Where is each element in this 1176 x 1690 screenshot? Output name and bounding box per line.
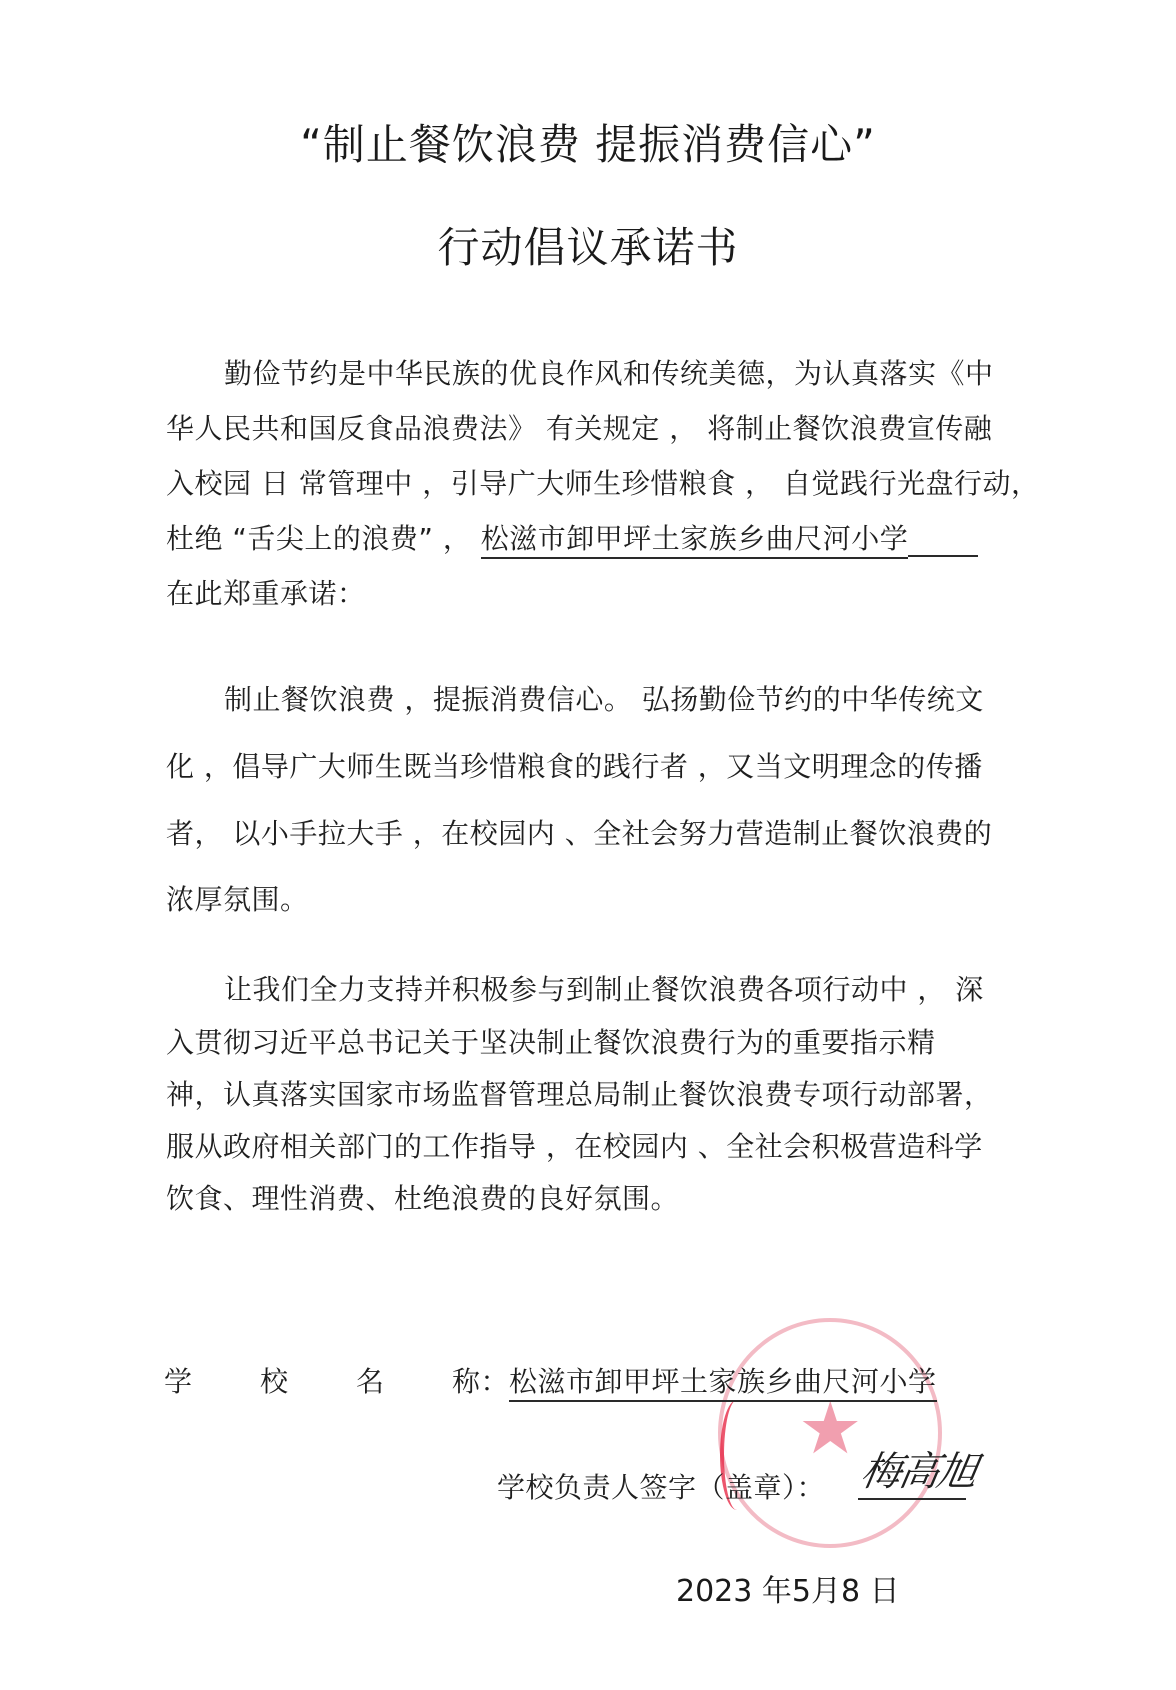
document-date: 2023 年5月8 日 xyxy=(676,1566,900,1610)
seal-star-icon: ★ xyxy=(798,1392,863,1464)
paragraph-line: 制止餐饮浪费 ，提振消费信心。 弘扬勤俭节约的中华传统文 xyxy=(224,678,984,718)
paragraph-line: 入校园 日 常管理中 ，引导广大师生珍惜粮食 ， 自觉践行光盘行动， xyxy=(166,462,1040,502)
paragraph-line: 华人民共和国反食品浪费法》 有关规定 ， 将制止餐饮浪费宣传融 xyxy=(166,407,992,447)
commitment-letter-page: “制止餐饮浪费 提振消费信心” 行动倡议承诺书 勤俭节约是中华民族的优良作风和传… xyxy=(0,0,1176,1690)
school-name-value: 松滋市卸甲坪土家族乡曲尺河小学 xyxy=(509,1365,937,1402)
label-char: 称： xyxy=(452,1365,509,1398)
document-subtitle: 行动倡议承诺书 xyxy=(0,215,1176,275)
school-name-row: 学校名称：松滋市卸甲坪土家族乡曲尺河小学 xyxy=(164,1360,937,1400)
paragraph-line: 浓厚氛围。 xyxy=(166,878,309,918)
signer-label: 学校负责人签字（盖章）： xyxy=(497,1466,825,1506)
paragraph-line-text: 杜绝 “舌尖上的浪费” ， xyxy=(166,522,481,555)
label-char: 学 xyxy=(164,1360,260,1400)
school-name-fill-in: 松滋市卸甲坪土家族乡曲尺河小学 xyxy=(481,522,909,559)
fill-in-underline xyxy=(908,525,978,557)
paragraph-line: 入贯彻习近平总书记关于坚决制止餐饮浪费行为的重要指示精 xyxy=(166,1021,936,1061)
paragraph-line: 者， 以小手拉大手 ，在校园内 、全社会努力营造制止餐饮浪费的 xyxy=(166,812,992,852)
paragraph-line: 神，认真落实国家市场监督管理总局制止餐饮浪费专项行动部署， xyxy=(166,1073,993,1113)
paragraph-line: 化 ，倡导广大师生既当珍惜粮食的践行者 ，又当文明理念的传播 xyxy=(166,745,983,785)
label-char: 名 xyxy=(356,1360,452,1400)
paragraph-line: 服从政府相关部门的工作指导 ，在校园内 、全社会积极营造科学 xyxy=(166,1125,983,1165)
paragraph-line: 饮食、理性消费、杜绝浪费的良好氛围。 xyxy=(166,1177,679,1217)
paragraph-line: 勤俭节约是中华民族的优良作风和传统美德，为认真落实《中 xyxy=(224,352,994,392)
signature-underline xyxy=(858,1498,966,1500)
document-title: “制止餐饮浪费 提振消费信心” xyxy=(0,112,1176,172)
label-char: 校 xyxy=(260,1360,356,1400)
paragraph-line: 让我们全力支持并积极参与到制止餐饮浪费各项行动中 ， 深 xyxy=(224,968,984,1008)
handwritten-signature: 梅高旭 xyxy=(857,1440,981,1497)
paragraph-line: 在此郑重承诺： xyxy=(166,572,366,612)
paragraph-line: 杜绝 “舌尖上的浪费” ， 松滋市卸甲坪土家族乡曲尺河小学 xyxy=(166,517,978,557)
